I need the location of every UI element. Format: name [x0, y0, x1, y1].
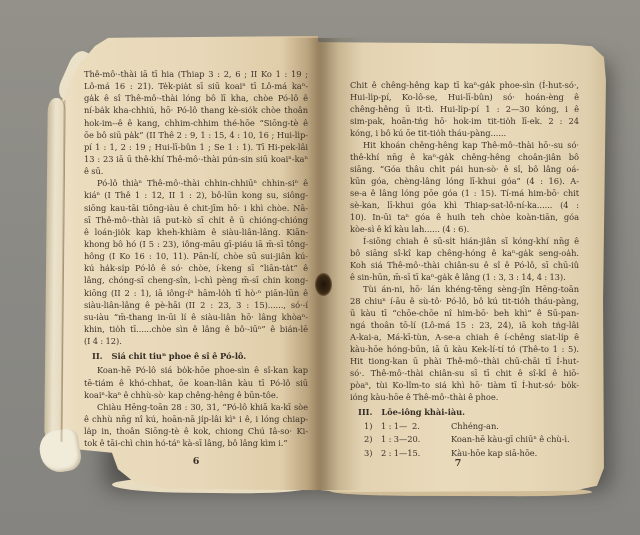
- text-line: koaiⁿ-kaⁿ ê chhù-sò· kap chêng-hêng ê bū…: [84, 389, 308, 401]
- outline-item: 1)1 : 1— 2.Chhéng-an.: [350, 420, 579, 432]
- text-line: thê-khí nn̄g ê kaⁿ-ga̍k chêng-hêng choân…: [350, 151, 579, 163]
- text-line: kiáⁿ (I Thê 1 : 12, II 1 : 2), bô-lūn ko…: [84, 189, 308, 201]
- text-line: tok ê tāi-chì chin hó-táⁿ kà-sī lâng, bô…: [84, 437, 308, 449]
- text-line: kú ha̍k-si̍p Pó-lô ê só· chòe, í-keng sī…: [84, 262, 308, 274]
- text-line: chêng-hêng ū it-tì. Hui-li̍p-pí 1 : 2—30…: [350, 103, 579, 115]
- outline-item-title: Chhéng-an.: [439, 420, 579, 432]
- text-line: ōe bô siū pa̍k” (II Thê 2 : 9, 1 : 15, 4…: [84, 129, 308, 141]
- text-line: hok-im--ê ê kang, chhim-chhim thé-hōe “S…: [84, 117, 308, 129]
- binding-wormhole: [315, 273, 332, 296]
- text-line: kūn góa, chèng-lâng lóng lī-khui góa” (4…: [350, 175, 579, 187]
- text-line: (I 4 : 12).: [84, 335, 308, 347]
- text-line: Hui-li̍p-pí, Ko-lô-se, Hui-lī-bûn) só· h…: [350, 91, 579, 103]
- text-line: ê loán-jio̍k kap kheh-khiàm ê siàu-liân-…: [84, 226, 308, 238]
- text-line: kiōng (II 2 : 1), iā iông-íⁿ hām-lo̍h tī…: [84, 287, 308, 299]
- outline-item-verse-range: 1 : 1— 2.: [381, 420, 439, 432]
- outline-item-number: 2): [364, 433, 381, 445]
- text-line: ū kàu tī “chōe-chōe nî him-bō· beh khì” …: [350, 307, 579, 319]
- outline-item: 3)2 : 1—15.Kàu-hōe kap siā-hōe.: [350, 447, 579, 459]
- text-line: ngá thoân tō-lí (Lô-má 15 : 23, 24), iā …: [350, 319, 579, 331]
- section-number: III.: [358, 407, 372, 417]
- text-line: pòaⁿ, tùi Ko-lîm-to siá khì hō· tiàm tī …: [350, 379, 579, 391]
- text-line: Chit ê chêng-hêng kap tī kaⁿ-ga̍k phoe-s…: [350, 79, 579, 91]
- outline-item-number: 1): [364, 420, 381, 432]
- outline-item-verse-range: 1 : 3—20.: [381, 433, 439, 445]
- text-line: Lô-má 16 : 21). Te̍k-pia̍t sī siū koaiⁿ …: [84, 80, 308, 92]
- text-line: 13 : 23 iā ū thê-khí Thê-mô·-thài pún-si…: [84, 153, 308, 165]
- text-line: kóng, i bô kú ōe tit-tio̍h tháu-pàng....…: [350, 127, 579, 139]
- text-line: khin, tio̍h tī......chòe sìn ê lâng ê bô…: [84, 323, 308, 335]
- outline-item-title: Koan-hē kàu-gī chiūⁿ ê chù-ì.: [439, 433, 579, 445]
- text-line: sī Thê-mô·-thài iā put-kò sī chi̍t ê ū c…: [84, 214, 308, 226]
- text-line: kòe-sì ê kî kàu lah...... (4 : 6).: [350, 223, 579, 235]
- text-line: A-kai-a, Má-kī-tùn, A-se-a chiah ê í-chê…: [350, 331, 579, 343]
- text-line: siōng kau-tāi tiōng-iàu ê chit-jīm hō· i…: [84, 202, 308, 214]
- text-line: ga̍k ê sî Thê-mô·-thài lóng bô lī kha, c…: [84, 92, 308, 104]
- text-line: 10). In-ūi taⁿ góa ê huih teh chòe koàn-…: [350, 211, 579, 223]
- section-heading: III.Lōe-iông khài-iàu.: [350, 406, 579, 418]
- section-number: II.: [92, 351, 103, 361]
- text-line: Hit khoán chêng-hêng kap Thê-mô·-thài hō…: [350, 139, 579, 151]
- section-title: Siá chit tiuⁿ phoe ê sî ê Pó-lô.: [112, 351, 247, 361]
- text-line: lâng, chóng-sī cheng-sîn, ì-chì pèng m̄-…: [84, 274, 308, 286]
- left-page-text-column: Thê-mô·-thài iā tī hia (Thiap 3 : 2, 6 ;…: [84, 68, 308, 449]
- book-photo: Thê-mô·-thài iā tī hia (Thiap 3 : 2, 6 ;…: [0, 0, 640, 535]
- text-line: Koh siá Thê-mô·-thài chiân-su ê sî ê Pó-…: [350, 259, 579, 271]
- outline-item-verse-range: 2 : 1—15.: [381, 447, 439, 459]
- right-page-number: 7: [350, 458, 566, 469]
- outline-item-title: Kàu-hōe kap siā-hōe.: [439, 447, 579, 459]
- left-page-number: 6: [84, 456, 308, 467]
- outline-item: 2)1 : 3—20.Koan-hē kàu-gī chiūⁿ ê chù-ì.: [350, 433, 579, 445]
- text-line: sè-kan, lī-khui góa khì Thiap-sat-lô-ní-…: [350, 199, 579, 211]
- right-page-text-column: Chit ê chêng-hêng kap tī kaⁿ-ga̍k phoe-s…: [350, 79, 579, 459]
- text-line: tē-tiám ê khó-chhat, ōe koan-liân kàu tī…: [84, 377, 308, 389]
- outline-item-number: 3): [364, 447, 381, 459]
- text-line: sim-pak, hoān-tńg hō· hok-im tit-tio̍h l…: [350, 115, 579, 127]
- section-title: Lōe-iông khài-iàu.: [381, 407, 465, 417]
- text-line: khong bô hó (I 5 : 23), iông-māu gī-piáu…: [84, 238, 308, 250]
- section-heading: II.Siá chit tiuⁿ phoe ê sî ê Pó-lô.: [84, 350, 308, 362]
- text-line: Hit tiong-kan ū phài Thê-mô·-thài chū-ch…: [350, 355, 579, 367]
- text-line: Chiàu Hēng-toān 28 : 30, 31, “Pó-lô khiā…: [84, 401, 308, 413]
- text-line: ê chhù nn̄g nî kú, hoān-nā ji̍p-lâi kìⁿ …: [84, 413, 308, 425]
- text-line: ní-ba̍k kha-chhiú, hō· Pó-lô thang kè-si…: [84, 104, 308, 116]
- text-line: kàu-hōe hóng-būn, iā ū kàu Kek-lí-tí tó …: [350, 343, 579, 355]
- text-line: la̍p in, thoân Siōng-tè ê kok, chiong Ch…: [84, 425, 308, 437]
- text-line: Thê-mô·-thài iā tī hia (Thiap 3 : 2, 6 ;…: [84, 68, 308, 80]
- text-line: só·. Thê-mô·-thài chiân-su sī tī chit ê …: [350, 367, 579, 379]
- text-line: Í-siōng chiah ê sū-si̍t hián-jiân sī kón…: [350, 235, 579, 247]
- text-line: se-a ê lâng lóng pōe góa (1 : 15). Tí-má…: [350, 187, 579, 199]
- text-line: Tùi án-ni, hō· lán khéng-tēng sèng-jîn H…: [350, 283, 579, 295]
- text-line: pí 1 : 1, 2 : 19 ; Hui-lī-bûn 1 ; Se 1 :…: [84, 141, 308, 153]
- text-line: Koan-hē Pó-lô siá bo̍k-hōe phoe-sìn ê sî…: [84, 364, 308, 376]
- text-line: siàu-liân-lâng ê pè-hāi (II 2 : 23, 3 : …: [84, 299, 308, 311]
- text-line: hông (I Ko 16 : 10, 11). Pān-lí, chòe sū…: [84, 250, 308, 262]
- text-line: bô siāng sî-kî kap chêng-hóng ê kaⁿ-ga̍k…: [350, 247, 579, 259]
- text-line: Pó-lô thiàⁿ Thê-mô·-thài chhin-chhiūⁿ ch…: [84, 177, 308, 189]
- text-line: su-iàu “m̄-thang in-ūi lí ê siàu-liân hō…: [84, 311, 308, 323]
- text-line: 28 chiuⁿ í-āu ê sù-tô· Pó-lô, bô kú tit-…: [350, 295, 579, 307]
- text-line: ióng kàu-hōe ê Thê-mô·-thài ê phoe.: [350, 391, 579, 403]
- text-line: ê sū.: [84, 165, 308, 177]
- text-line: siāng. “Góa thâu chi̍t pái hun-sò· ê sî,…: [350, 163, 579, 175]
- text-line: ê sin-hūn, m̄-sī tī kaⁿ-ga̍k ê lâng (1 :…: [350, 271, 579, 283]
